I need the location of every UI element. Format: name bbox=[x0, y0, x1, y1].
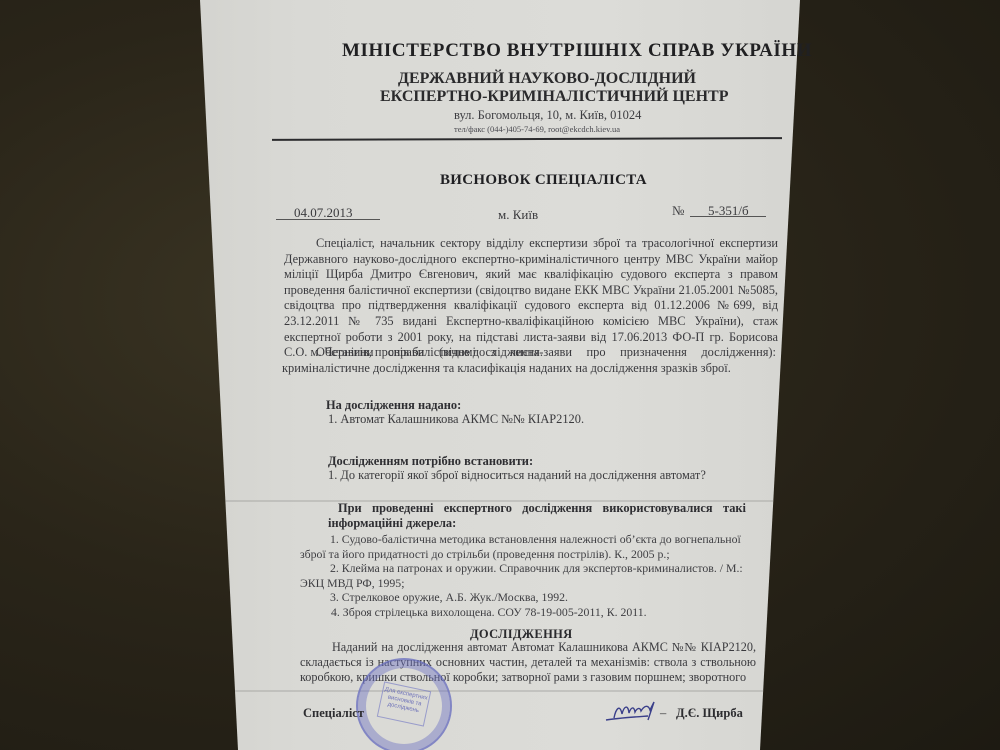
document-content: МІНІСТЕРСТВО ВНУТРІШНІХ СПРАВ УКРАЇНИ ДЕ… bbox=[0, 0, 1000, 750]
document-title: ВИСНОВОК СПЕЦІАЛІСТА bbox=[440, 172, 647, 189]
address: вул. Богомольця, 10, м. Київ, 01024 bbox=[454, 108, 641, 123]
number-underline bbox=[690, 216, 766, 217]
source-item: 4. Зброя стрілецька вихолощена. СОУ 78-1… bbox=[331, 605, 647, 620]
signer-role: Спеціаліст bbox=[303, 706, 364, 721]
source-item: 1. Судово-балістична методика встановлен… bbox=[300, 532, 760, 561]
center-name-line2: ЕКСПЕРТНО-КРИМІНАЛІСТИЧНИЙ ЦЕНТР bbox=[380, 88, 728, 106]
intro-paragraph: Спеціаліст, начальник сектору відділу ек… bbox=[284, 236, 778, 361]
center-name-line1: ДЕРЖАВНИЙ НАУКОВО-ДОСЛІДНИЙ bbox=[398, 70, 696, 88]
contacts: тел/факс (044-)405-74-69, root@ekcdch.ki… bbox=[454, 124, 620, 134]
submitted-heading: На дослідження надано: bbox=[326, 398, 461, 413]
source-item: 2. Клейма на патронах и оружии. Справочн… bbox=[300, 561, 760, 590]
circumstances-paragraph: Обставини справи (відомі з листа-заяви п… bbox=[282, 345, 776, 376]
question-item: 1. До категорії якої зброї відноситься н… bbox=[328, 468, 706, 483]
sources-heading: При проведенні експертного дослідження в… bbox=[328, 501, 746, 531]
header-divider bbox=[272, 137, 782, 141]
official-stamp: Для експертних висновків та досліджень bbox=[356, 658, 452, 750]
questions-heading: Дослідженням потрібно встановити: bbox=[328, 454, 533, 469]
signature-dash: – bbox=[660, 706, 666, 721]
ministry-heading: МІНІСТЕРСТВО ВНУТРІШНІХ СПРАВ УКРАЇНИ bbox=[342, 40, 812, 62]
submitted-item: 1. Автомат Калашникова АКМС №№ КІАР2120. bbox=[328, 412, 584, 427]
number-label: № bbox=[672, 203, 684, 219]
date-underline bbox=[276, 219, 380, 220]
document-city: м. Київ bbox=[498, 207, 538, 223]
stamp-text: Для експертних висновків та досліджень bbox=[377, 681, 431, 726]
signer-name: Д.Є. Щирба bbox=[676, 706, 743, 721]
handwritten-signature-icon bbox=[604, 698, 668, 724]
source-item: 3. Стрелковое оружие, А.Б. Жук./Москва, … bbox=[330, 590, 568, 605]
